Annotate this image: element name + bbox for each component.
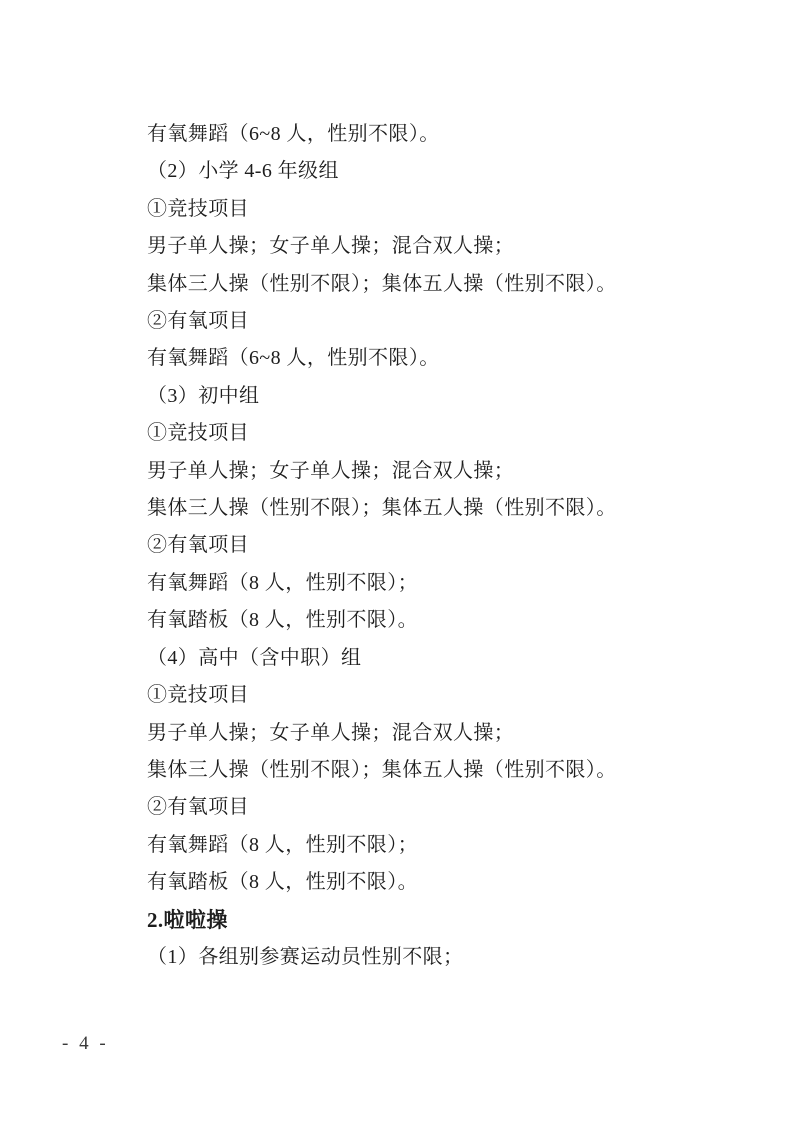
- document-body: 有氧舞蹈（6~8 人，性别不限）。 （2）小学 4-6 年级组 ①竞技项目 男子…: [147, 116, 727, 976]
- text-line: ②有氧项目: [147, 527, 727, 564]
- page-number: - 4 -: [62, 1033, 107, 1055]
- text-line: 有氧踏板（8 人，性别不限）。: [147, 602, 727, 639]
- text-line: （3）初中组: [147, 378, 727, 415]
- text-line: 有氧舞蹈（6~8 人，性别不限）。: [147, 116, 727, 153]
- text-line: （2）小学 4-6 年级组: [147, 153, 727, 190]
- text-line: ①竞技项目: [147, 415, 727, 452]
- text-line: ①竞技项目: [147, 191, 727, 228]
- text-line: （4）高中（含中职）组: [147, 640, 727, 677]
- text-line: ①竞技项目: [147, 677, 727, 714]
- text-line: 集体三人操（性别不限）；集体五人操（性别不限）。: [147, 490, 727, 527]
- text-line: （1）各组别参赛运动员性别不限；: [147, 939, 727, 976]
- text-line: 集体三人操（性别不限）；集体五人操（性别不限）。: [147, 266, 727, 303]
- text-line: 男子单人操；女子单人操；混合双人操；: [147, 715, 727, 752]
- text-line: ②有氧项目: [147, 303, 727, 340]
- text-line: 集体三人操（性别不限）；集体五人操（性别不限）。: [147, 752, 727, 789]
- text-line: 有氧舞蹈（8 人，性别不限）；: [147, 565, 727, 602]
- text-line: 有氧踏板（8 人，性别不限）。: [147, 864, 727, 901]
- text-line: 男子单人操；女子单人操；混合双人操；: [147, 453, 727, 490]
- text-line: 有氧舞蹈（6~8 人，性别不限）。: [147, 340, 727, 377]
- document-page: 有氧舞蹈（6~8 人，性别不限）。 （2）小学 4-6 年级组 ①竞技项目 男子…: [0, 0, 800, 1131]
- section-heading-cheerleading: 2.啦啦操: [147, 902, 727, 939]
- text-line: 有氧舞蹈（8 人，性别不限）；: [147, 827, 727, 864]
- text-line: 男子单人操；女子单人操；混合双人操；: [147, 228, 727, 265]
- text-line: ②有氧项目: [147, 789, 727, 826]
